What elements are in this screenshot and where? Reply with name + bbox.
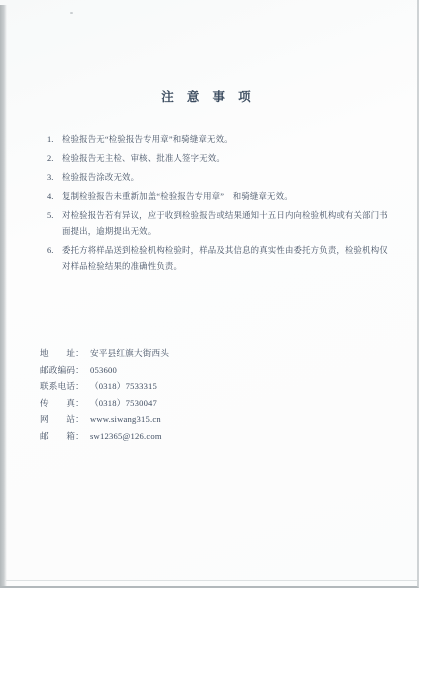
contact-label: 网 站： — [40, 411, 90, 428]
note-text: 检验报告无“检验报告专用章”和骑缝章无效。 — [62, 132, 395, 148]
note-item: 5. 对检验报告若有异议，应于收到检验报告或结果通知十五日内向检验机构或有关部门… — [47, 208, 395, 240]
contact-block: 地 址： 安平县红旗大街西头 邮政编码： 053600 联系电话： （0318）… — [40, 345, 417, 444]
note-item: 3. 检验报告涂改无效。 — [47, 170, 395, 186]
contact-row-phone: 联系电话： （0318）7533315 — [40, 378, 417, 395]
scanned-document-page: 注 意 事 项 1. 检验报告无“检验报告专用章”和骑缝章无效。 2. 检验报告… — [0, 0, 419, 588]
contact-row-address: 地 址： 安平县红旗大街西头 — [40, 345, 417, 362]
contact-value: sw12365@126.com — [90, 428, 162, 445]
contact-label: 地 址： — [40, 345, 90, 362]
note-number: 5. — [47, 208, 62, 240]
note-text: 检验报告涂改无效。 — [62, 170, 395, 186]
note-text: 复制检验报告未重新加盖“检验报告专用章” 和骑缝章无效。 — [62, 189, 395, 205]
contact-label: 邮政编码： — [40, 362, 90, 379]
contact-row-email: 邮 箱： sw12365@126.com — [40, 428, 417, 445]
contact-value: 安平县红旗大街西头 — [90, 345, 169, 362]
note-item: 4. 复制检验报告未重新加盖“检验报告专用章” 和骑缝章无效。 — [47, 189, 395, 205]
page-title: 注 意 事 项 — [0, 90, 417, 105]
note-text: 委托方将样品送到检验机构检验时，样品及其信息的真实性由委托方负责，检验机构仅对样… — [62, 243, 395, 275]
contact-value: （0318）7533315 — [90, 378, 157, 395]
contact-label: 邮 箱： — [40, 428, 90, 445]
contact-row-website: 网 站： www.siwang315.cn — [40, 411, 417, 428]
note-number: 2. — [47, 151, 62, 167]
page-bottom-edge-line — [6, 580, 417, 581]
note-number: 1. — [47, 132, 62, 148]
contact-value: 053600 — [90, 362, 117, 379]
page-content: 注 意 事 项 1. 检验报告无“检验报告专用章”和骑缝章无效。 2. 检验报告… — [0, 0, 417, 444]
note-text: 对检验报告若有异议，应于收到检验报告或结果通知十五日内向检验机构或有关部门书面提… — [62, 208, 395, 240]
note-number: 6. — [47, 243, 62, 275]
contact-row-fax: 传 真： （0318）7530047 — [40, 395, 417, 412]
note-item: 1. 检验报告无“检验报告专用章”和骑缝章无效。 — [47, 132, 395, 148]
note-item: 6. 委托方将样品送到检验机构检验时，样品及其信息的真实性由委托方负责，检验机构… — [47, 243, 395, 275]
notes-list: 1. 检验报告无“检验报告专用章”和骑缝章无效。 2. 检验报告无主检、审核、批… — [47, 132, 395, 275]
contact-label: 联系电话： — [40, 378, 90, 395]
note-text: 检验报告无主检、审核、批准人签字无效。 — [62, 151, 395, 167]
contact-row-postcode: 邮政编码： 053600 — [40, 362, 417, 379]
note-number: 3. — [47, 170, 62, 186]
contact-value: www.siwang315.cn — [90, 411, 161, 428]
note-item: 2. 检验报告无主检、审核、批准人签字无效。 — [47, 151, 395, 167]
note-number: 4. — [47, 189, 62, 205]
contact-value: （0318）7530047 — [90, 395, 157, 412]
contact-label: 传 真： — [40, 395, 90, 412]
